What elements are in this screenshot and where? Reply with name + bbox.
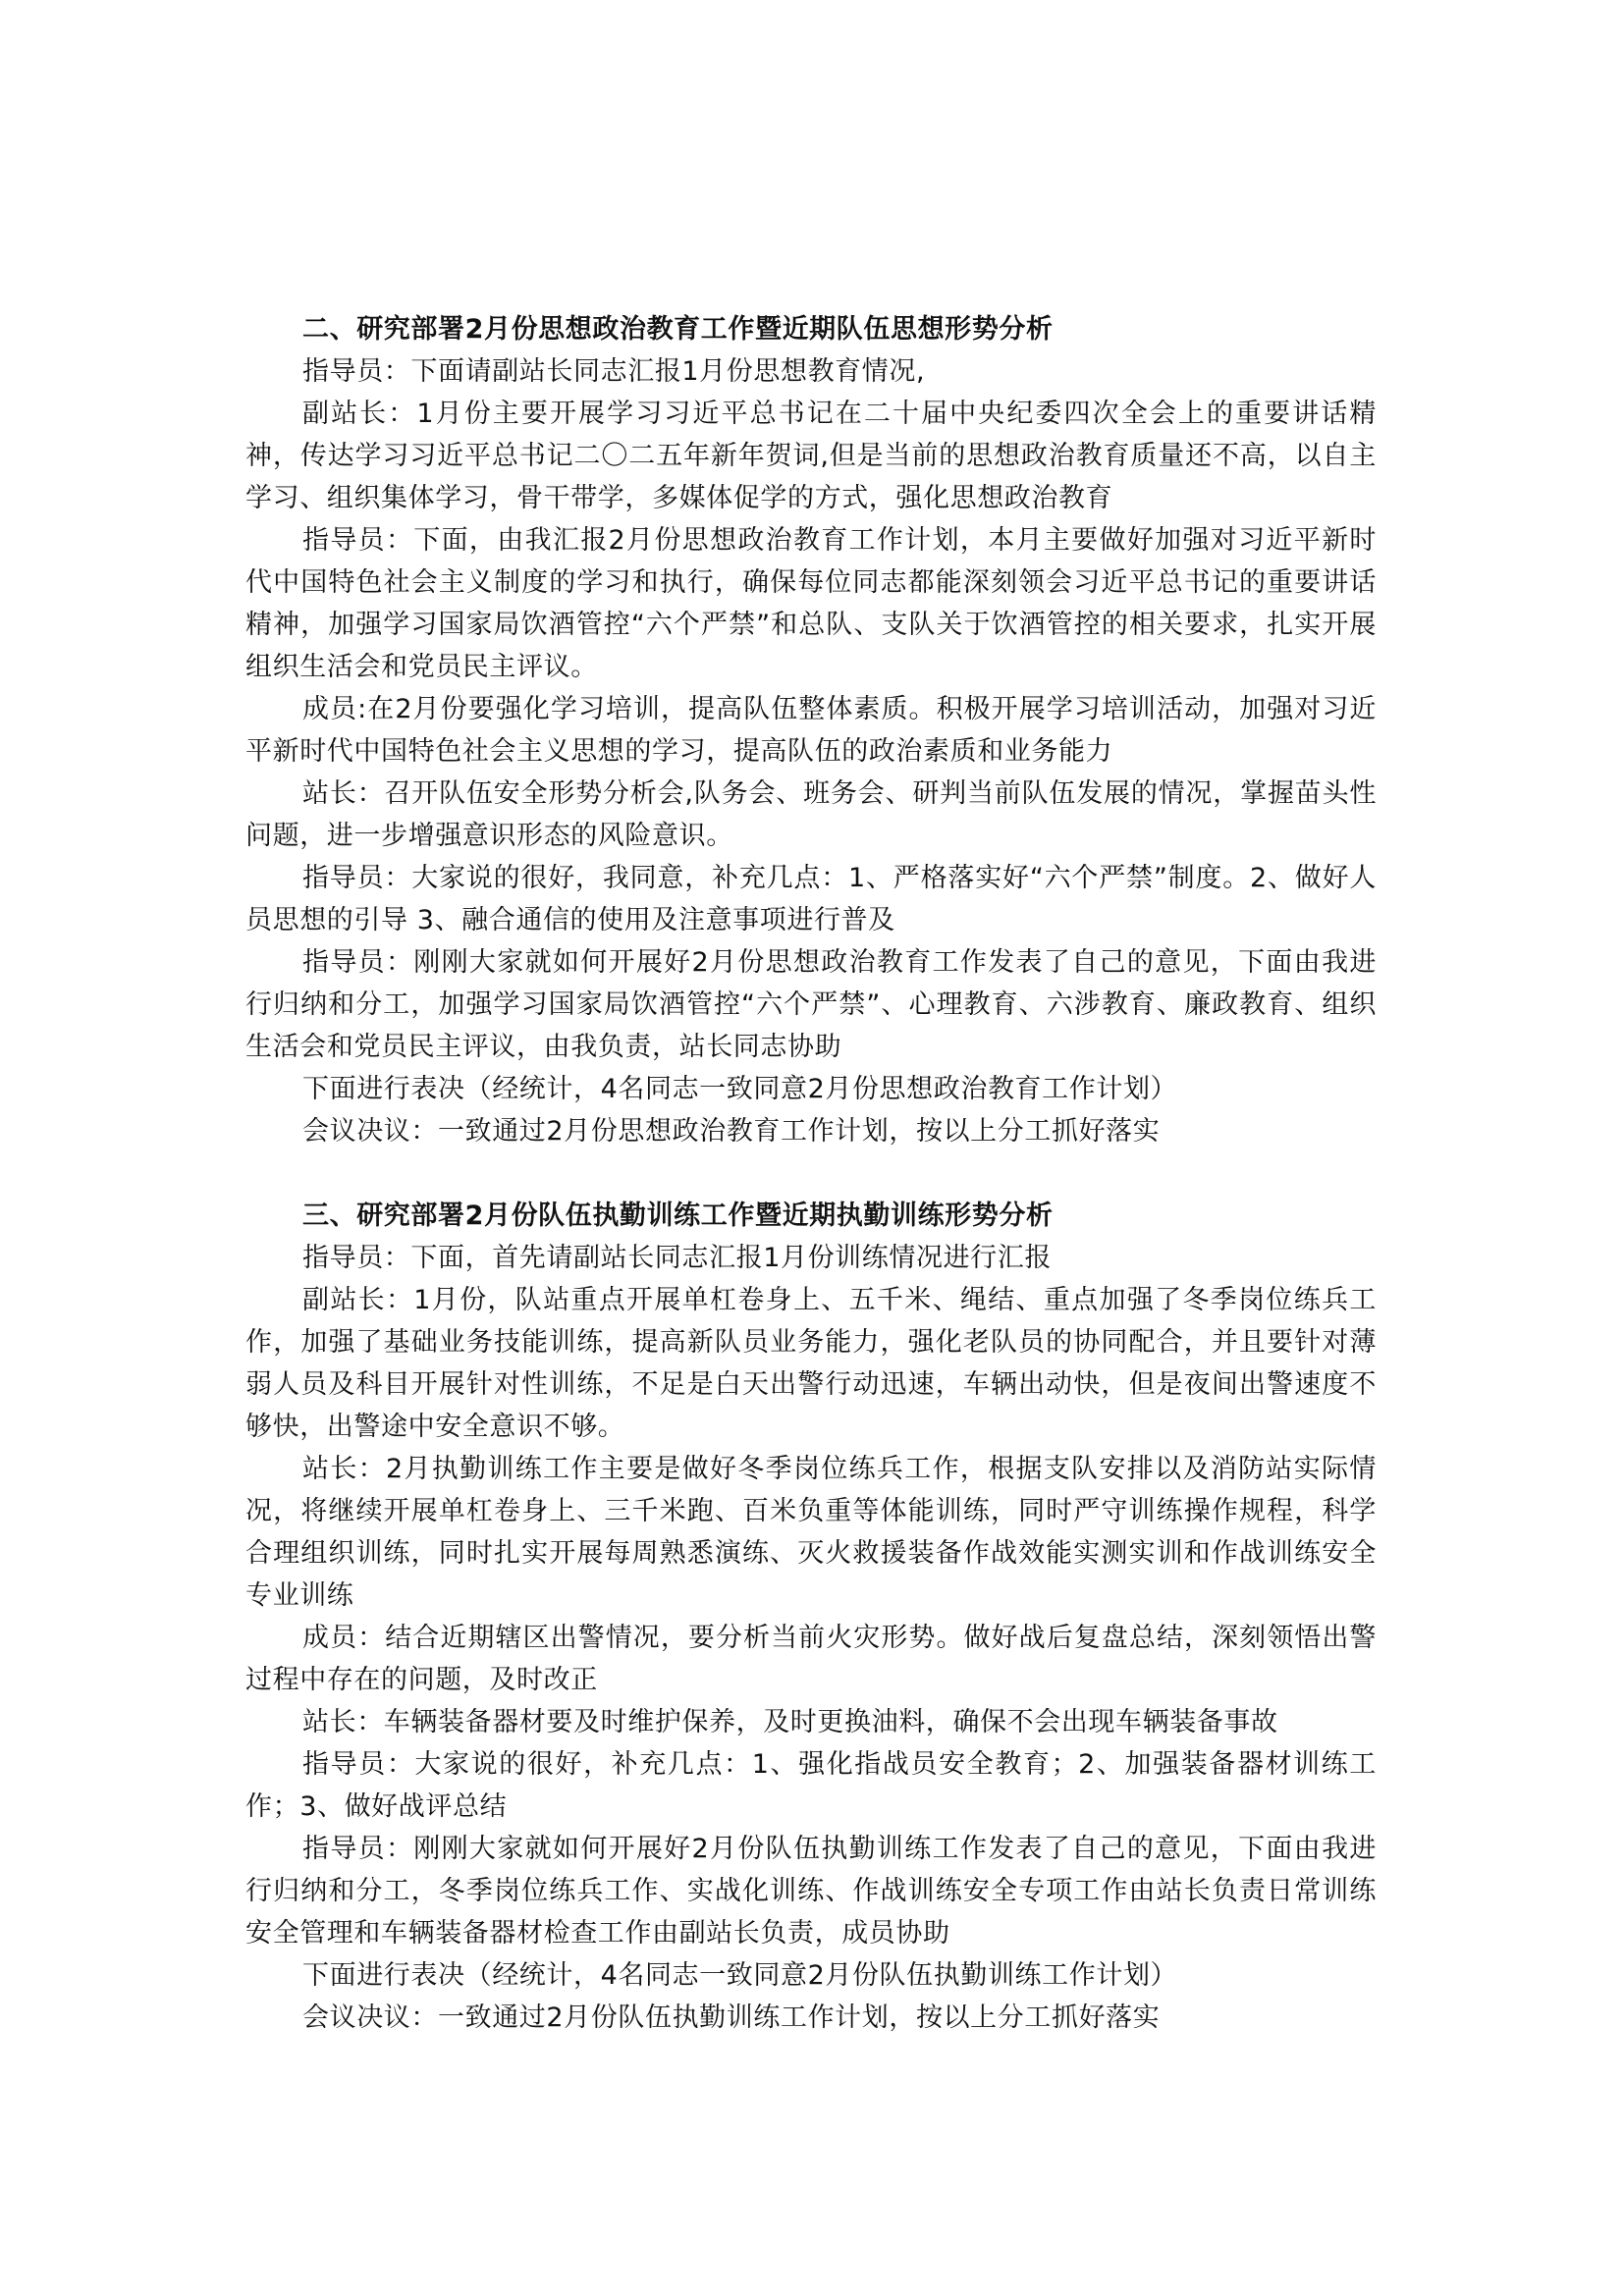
paragraph-instructor-assignment: 指导员：刚刚大家就如何开展好2月份思想政治教育工作发表了自己的意见，下面由我进行… [245, 941, 1377, 1068]
section-ideological-education: 二、研究部署2月份思想政治教育工作暨近期队伍思想形势分析 指导员：下面请副站长同… [245, 308, 1377, 1152]
paragraph-vote: 下面进行表决（经统计，4名同志一致同意2月份队伍执勤训练工作计划） [245, 1954, 1377, 1997]
section-heading: 三、研究部署2月份队伍执勤训练工作暨近期执勤训练形势分析 [245, 1195, 1377, 1237]
paragraph-resolution: 会议决议：一致通过2月份队伍执勤训练工作计划，按以上分工抓好落实 [245, 1997, 1377, 2039]
paragraph-resolution: 会议决议：一致通过2月份思想政治教育工作计划，按以上分工抓好落实 [245, 1110, 1377, 1152]
paragraph-chief-plan: 站长：2月执勤训练工作主要是做好冬季岗位练兵工作，根据支队安排以及消防站实际情况… [245, 1448, 1377, 1617]
paragraph-deputy-chief-report: 副站长：1月份主要开展学习习近平总书记在二十届中央纪委四次全会上的重要讲话精神，… [245, 393, 1377, 519]
paragraph-vote: 下面进行表决（经统计，4名同志一致同意2月份思想政治教育工作计划） [245, 1068, 1377, 1110]
paragraph-member-opinion: 成员:在2月份要强化学习培训，提高队伍整体素质。积极开展学习培训活动，加强对习近… [245, 688, 1377, 773]
paragraph-instructor-plan: 指导员：下面，由我汇报2月份思想政治教育工作计划，本月主要做好加强对习近平新时代… [245, 519, 1377, 688]
paragraph-instructor-request-report: 指导员：下面请副站长同志汇报1月份思想教育情况, [245, 350, 1377, 393]
paragraph-instructor-supplement: 指导员：大家说的很好，补充几点：1、强化指战员安全教育；2、加强装备器材训练工作… [245, 1743, 1377, 1828]
paragraph-instructor-request-report: 指导员：下面，首先请副站长同志汇报1月份训练情况进行汇报 [245, 1237, 1377, 1279]
paragraph-chief-opinion: 站长：车辆装备器材要及时维护保养，及时更换油料，确保不会出现车辆装备事故 [245, 1701, 1377, 1743]
paragraph-chief-opinion: 站长：召开队伍安全形势分析会,队务会、班务会、研判当前队伍发展的情况，掌握苗头性… [245, 773, 1377, 857]
section-heading: 二、研究部署2月份思想政治教育工作暨近期队伍思想形势分析 [245, 308, 1377, 350]
paragraph-instructor-supplement: 指导员：大家说的很好，我同意，补充几点：1、严格落实好“六个严禁”制度。2、做好… [245, 857, 1377, 941]
section-duty-training: 三、研究部署2月份队伍执勤训练工作暨近期执勤训练形势分析 指导员：下面，首先请副… [245, 1195, 1377, 2039]
document-page: 二、研究部署2月份思想政治教育工作暨近期队伍思想形势分析 指导员：下面请副站长同… [245, 308, 1377, 2039]
paragraph-instructor-assignment: 指导员：刚刚大家就如何开展好2月份队伍执勤训练工作发表了自己的意见，下面由我进行… [245, 1828, 1377, 1954]
paragraph-member-opinion: 成员：结合近期辖区出警情况，要分析当前火灾形势。做好战后复盘总结，深刻领悟出警过… [245, 1617, 1377, 1701]
paragraph-deputy-chief-report: 副站长：1月份，队站重点开展单杠卷身上、五千米、绳结、重点加强了冬季岗位练兵工作… [245, 1279, 1377, 1448]
